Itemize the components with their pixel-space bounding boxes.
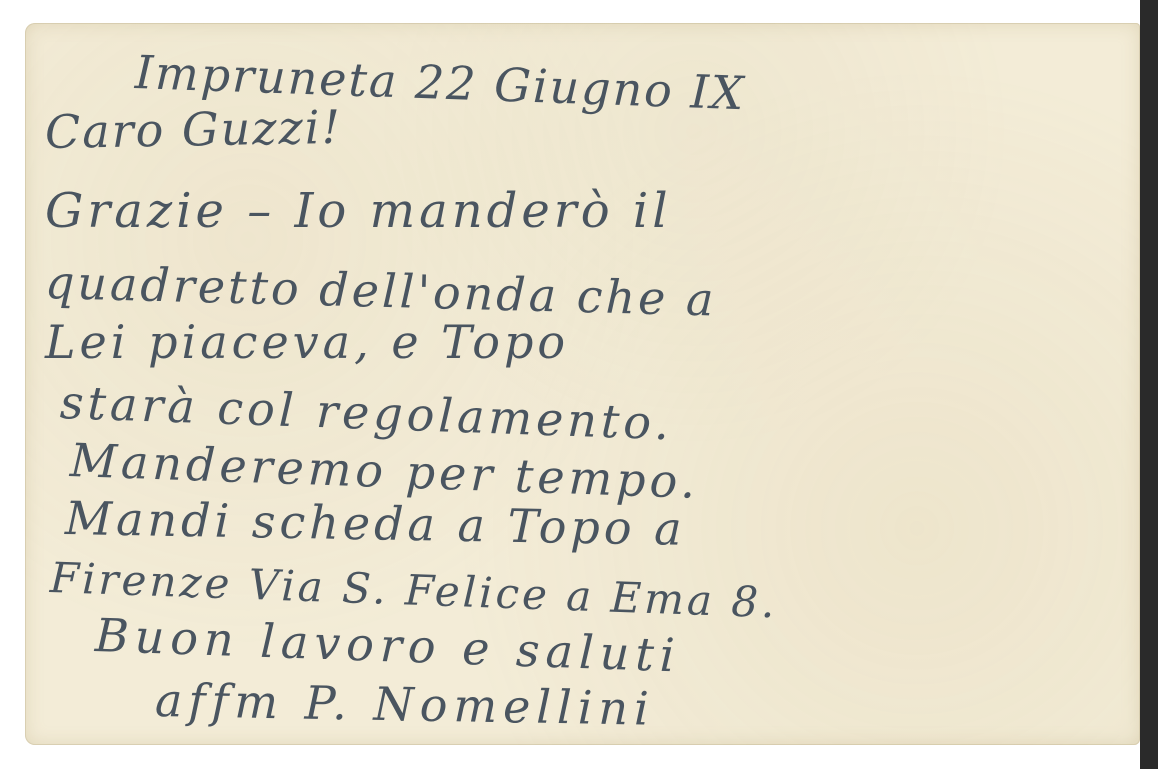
scan-edge-bar (1140, 0, 1158, 769)
letter-salutation: Caro Guzzi! (45, 100, 343, 159)
letter-signature: affm P. Nomellini (155, 673, 656, 736)
letter-line: Lei piaceva, e Topo (45, 315, 569, 369)
postcard: Impruneta 22 Giugno IX Caro Guzzi! Grazi… (25, 23, 1140, 745)
letter-line: Mandi scheda a Topo a (65, 491, 687, 556)
letter-line: Grazie – Io manderò il (45, 183, 672, 239)
